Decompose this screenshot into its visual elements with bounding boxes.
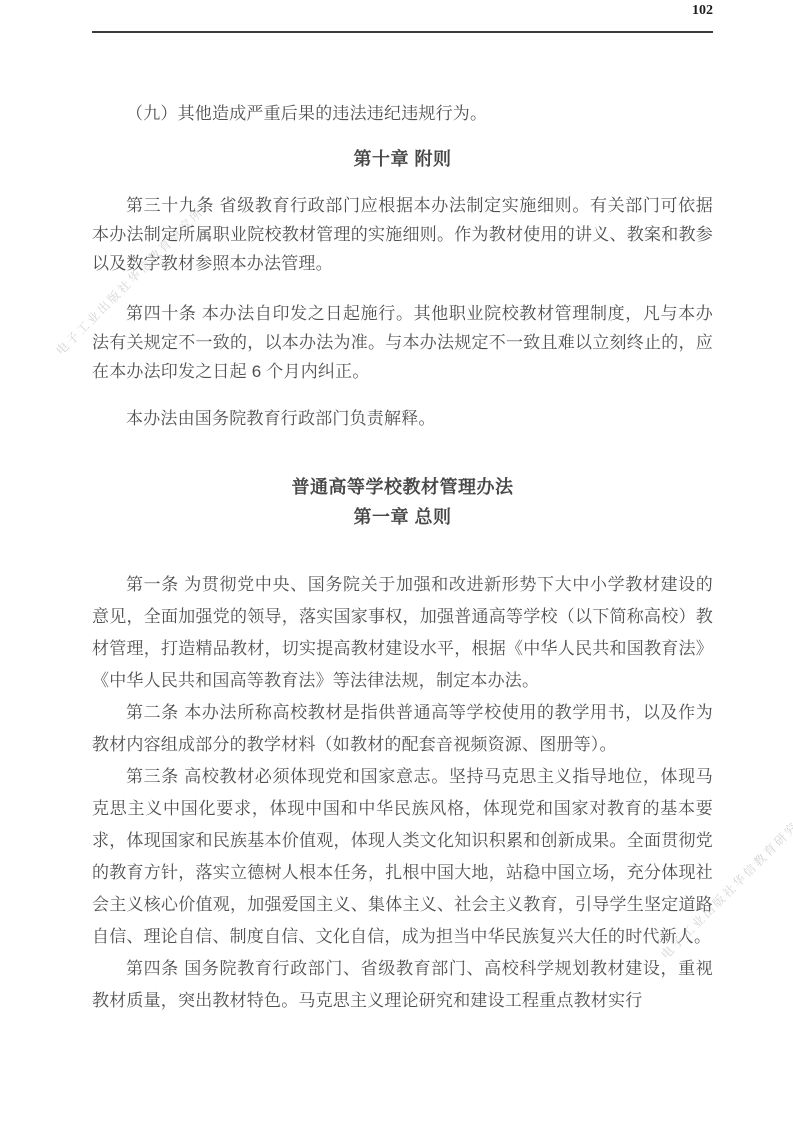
article-1-paragraph: 第一条 为贯彻党中央、国务院关于加强和改进新形势下大中小学教材建设的意见，全面加… xyxy=(92,569,713,697)
document-page: 电子工业出版社华信教育研究所 电子工业出版社华信教育研究所 102 （九）其他造… xyxy=(0,0,793,1122)
article-39-paragraph: 第三十九条 省级教育行政部门应根据本办法制定实施细则。有关部门可依据本办法制定所… xyxy=(92,191,713,278)
chapter-1-heading: 第一章 总则 xyxy=(92,502,713,532)
article-3-paragraph: 第三条 高校教材必须体现党和国家意志。坚持马克思主义指导地位，体现马克思主义中国… xyxy=(92,761,713,953)
document-body: （九）其他造成严重后果的违法违纪违规行为。 第十章 附则 第三十九条 省级教育行… xyxy=(92,0,713,1017)
article-4-paragraph: 第四条 国务院教育行政部门、省级教育部门、高校科学规划教材建设，重视教材质量，突… xyxy=(92,953,713,1017)
chapter-10-heading: 第十章 附则 xyxy=(92,144,713,174)
document-title: 普通高等学校教材管理办法 xyxy=(92,472,713,502)
article-40-paragraph: 第四十条 本办法自印发之日起施行。其他职业院校教材管理制度，凡与本办法有关规定不… xyxy=(92,299,713,386)
interpretation-paragraph: 本办法由国务院教育行政部门负责解释。 xyxy=(92,404,713,433)
article-2-paragraph: 第二条 本办法所称高校教材是指供普通高等学校使用的教学用书，以及作为教材内容组成… xyxy=(92,697,713,761)
paragraph-item-9: （九）其他造成严重后果的违法违纪违规行为。 xyxy=(92,99,713,128)
